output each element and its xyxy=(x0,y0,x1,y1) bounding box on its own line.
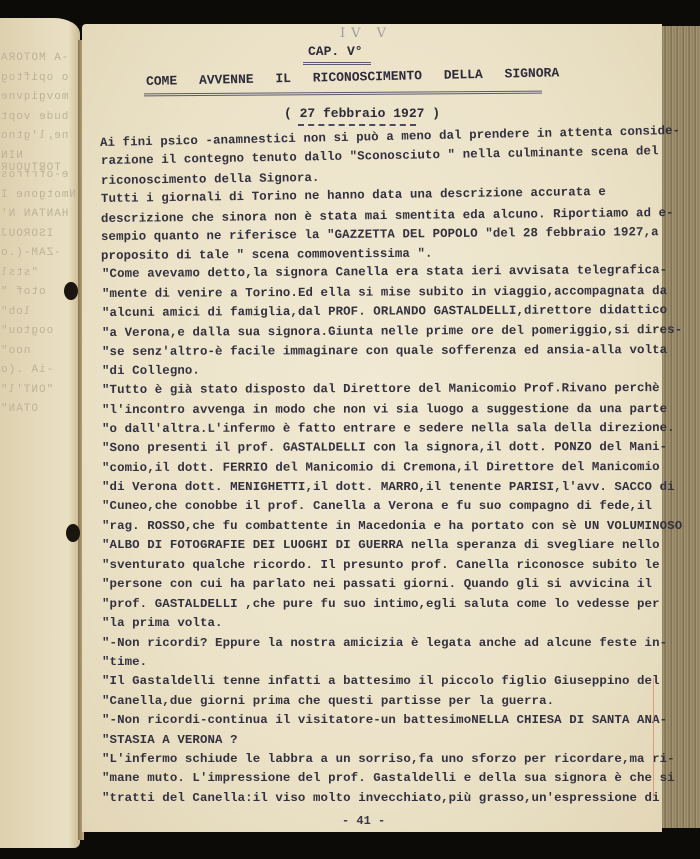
text-line: "o dall'altra.L'infermo è fatto entrare … xyxy=(102,421,675,436)
bleed-through-text: ISOROUJ xyxy=(0,228,78,240)
page-number: - 41 - xyxy=(342,814,385,828)
bleed-through-text: -A MOTORA xyxy=(0,52,78,64)
bleed-through-text: -iA .(o xyxy=(0,364,78,376)
handwritten-roman-numeral: IV V xyxy=(340,26,392,41)
text-line: "di Verona dott. MENIGHETTI,il dott. MAR… xyxy=(102,480,675,494)
left-facing-page: -A MOTORAo opiftogmovgiqvnebude voptne,l… xyxy=(0,18,80,848)
text-line: "Sono presenti il prof. GASTALDELLI con … xyxy=(102,440,667,455)
bleed-through-text: e-ofrfros xyxy=(0,169,78,181)
bleed-through-text: Nmotgone I xyxy=(0,189,78,201)
date-heading: ( 27 febbraio 1927 ) xyxy=(284,106,440,121)
text-line: "comio,il dott. FERRIO del Manicomio di … xyxy=(102,460,660,475)
text-line: "rag. ROSSO,che fu combattente in Macedo… xyxy=(102,519,682,533)
bleed-through-text: OTAN" xyxy=(0,403,78,415)
bleed-through-text: o opiftog xyxy=(0,72,78,84)
text-line: "Il Gastaldelli tenne infatti a battesim… xyxy=(102,674,660,688)
bleed-through-text: bude vopt xyxy=(0,111,78,123)
text-line: "Canella,due giorni prima che questi par… xyxy=(102,694,554,708)
text-line: "l'incontro avvenga in modo che non vi s… xyxy=(102,402,667,417)
text-line: "la prima volta. xyxy=(102,616,223,630)
text-line: "ALBO DI FOTOGRAFIE DEI LUOGHI DI GUERRA… xyxy=(102,538,660,552)
text-line: proposito di tale " scena commoventissim… xyxy=(101,247,433,263)
text-line: "time. xyxy=(102,655,147,669)
text-line: "di Collegno. xyxy=(102,364,200,378)
text-line: "Cuneo,che conobbe il prof. Canella a Ve… xyxy=(102,499,652,513)
text-line: "tratti del Canella:il viso molto invecc… xyxy=(102,791,660,805)
text-line: "-Non ricordi-continua il visitatore-un … xyxy=(102,713,667,727)
bleed-through-text: "ONT'l" xyxy=(0,384,78,396)
text-line: "alcuni amici di famiglia,dal PROF. ORLA… xyxy=(102,303,667,320)
text-line: "Tutto è già stato disposto dal Direttor… xyxy=(102,381,660,397)
binding-hole xyxy=(64,282,78,300)
text-line: "STASIA A VERONA ? xyxy=(102,733,238,747)
bleed-through-text: "stsl xyxy=(0,267,78,279)
bleed-through-text: oogtou" xyxy=(0,325,78,337)
bleed-through-text: HANTAN N' xyxy=(0,208,78,220)
text-line: "persone con cui ha parlato nei passati … xyxy=(102,577,652,591)
bleed-through-text: lob" xyxy=(0,306,78,318)
binding-hole xyxy=(66,524,80,542)
text-line: "se senz'altro-è facile immaginare con q… xyxy=(102,343,667,359)
date-underline xyxy=(298,124,416,126)
text-line: "-Non ricordi? Eppure la nostra amicizia… xyxy=(102,636,667,650)
text-line: "mane muto. L'impressione del prof. Gast… xyxy=(102,771,675,785)
bleed-through-text: movgiqvne xyxy=(0,91,78,103)
text-line: "prof. GASTALDELLI ,che pure fu suo inti… xyxy=(102,597,660,611)
bleed-through-text: noo" xyxy=(0,345,78,357)
text-line: "sventurato qualche ricordo. Il presunto… xyxy=(102,558,660,572)
chapter-heading: CAP. V° xyxy=(308,44,363,59)
margin-mark xyxy=(653,678,654,798)
text-line: "mente di venire a Torino.Ed ella si mis… xyxy=(102,284,667,301)
chapter-underline xyxy=(303,62,371,65)
bleed-through-text: -ZAM-(.o xyxy=(0,247,78,259)
text-line: "L'infermo schiude le labbra a un sorris… xyxy=(102,752,675,766)
bleed-through-text: ne,l'gtno xyxy=(0,130,78,142)
